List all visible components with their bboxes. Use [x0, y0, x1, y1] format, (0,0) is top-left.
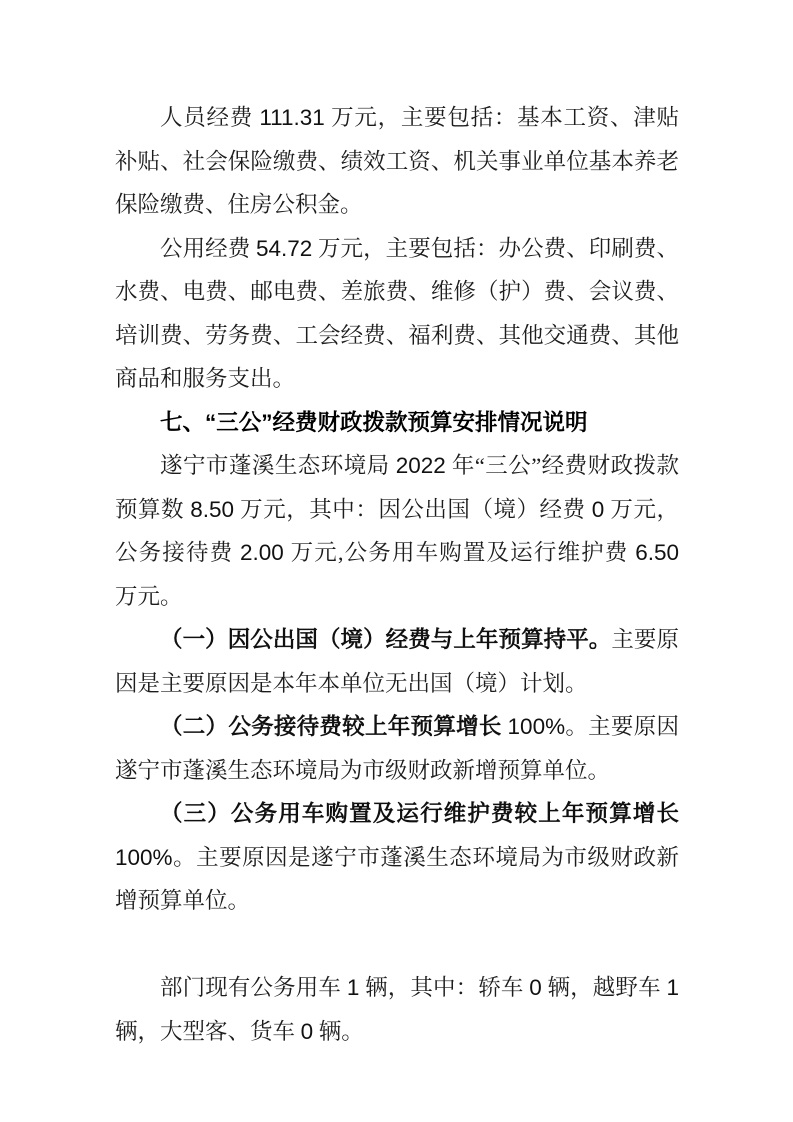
number-run: 8.50 — [190, 497, 234, 522]
paragraph-item-one: （一）因公出国（境）经费与上年预算持平。主要原因是主要原因是本年本单位无出国（境… — [115, 618, 679, 705]
document-page: 人员经费 111.31 万元，主要包括：基本工资、津贴补贴、社会保险缴费、绩效工… — [0, 0, 793, 1122]
paragraph-public-funds: 公用经费 54.72 万元，主要包括：办公费、印刷费、水费、电费、邮电费、差旅费… — [115, 227, 679, 401]
number-run: 2022 — [396, 453, 446, 478]
number-run: 1 — [666, 975, 679, 1000]
number-run: 111.31 — [259, 105, 324, 130]
blank-line — [115, 923, 679, 967]
text-run: 辆。 — [313, 1019, 364, 1044]
number-run: 0 — [529, 975, 542, 1000]
text-run: 人员经费 — [160, 105, 259, 130]
text-run: 遂宁市蓬溪生态环境局 — [160, 453, 396, 478]
text-run: 。主要原因是遂宁市蓬溪生态环境局为市级财政新增预算单位。 — [115, 845, 679, 914]
text-run: 万元，其中：因公出国（境）经费 — [234, 497, 592, 522]
text-run: 辆，大型客、货车 — [115, 1019, 301, 1044]
number-run: 0 — [301, 1019, 314, 1044]
paragraph-vehicle-count: 部门现有公务用车 1 辆，其中：轿车 0 辆，越野车 1 辆，大型客、货车 0 … — [115, 966, 679, 1053]
text-run: 辆，其中：轿车 — [359, 975, 529, 1000]
text-run: 辆，越野车 — [542, 975, 667, 1000]
number-run: 6.50 — [635, 540, 679, 565]
paragraph-personnel-funds: 人员经费 111.31 万元，主要包括：基本工资、津贴补贴、社会保险缴费、绩效工… — [115, 96, 679, 227]
paragraph-three-public-summary: 遂宁市蓬溪生态环境局 2022 年“三公”经费财政拨款预算数 8.50 万元，其… — [115, 444, 679, 618]
paragraph-item-two: （二）公务接待费较上年预算增长 100%。主要原因遂宁市蓬溪生态环境局为市级财政… — [115, 705, 679, 792]
number-run: 2.00 — [240, 540, 284, 565]
number-run: 0 — [592, 497, 605, 522]
bold-lead-sentence: （一）因公出国（境）经费与上年预算持平。 — [160, 627, 611, 652]
document-content: 人员经费 111.31 万元，主要包括：基本工资、津贴补贴、社会保险缴费、绩效工… — [0, 0, 793, 1053]
section-heading: 七、“三公”经费财政拨款预算安排情况说明 — [115, 401, 679, 445]
number-run: 100% — [508, 714, 566, 739]
number-run: 54.72 — [256, 236, 312, 261]
text-run: 部门现有公务用车 — [160, 975, 347, 1000]
bold-lead-sentence: （二）公务接待费较上年预算增长 — [160, 714, 508, 739]
paragraph-item-three: （三）公务用车购置及运行维护费较上年预算增长 100%。主要原因是遂宁市蓬溪生态… — [115, 792, 679, 923]
text-run: 万元。 — [115, 584, 183, 609]
number-run: 100% — [115, 845, 173, 870]
text-run: 万元,公务用车购置及运行维护费 — [284, 540, 635, 565]
number-run: 1 — [347, 975, 360, 1000]
bold-lead-sentence: （三）公务用车购置及运行维护费较上年预算增长 — [160, 801, 679, 826]
text-run: 公用经费 — [160, 236, 256, 261]
